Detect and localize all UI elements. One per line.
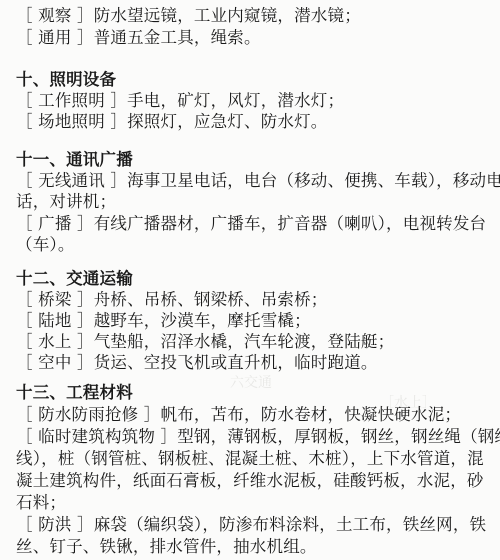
- item-text: 舟桥、吊桥、钢梁桥、吊索桥；: [94, 290, 328, 309]
- item-text: 有线广播器材，广播车，扩音器（喇叭），电视转发台: [94, 214, 487, 233]
- list-item-general: ［ 通用 ］普通五金工具，绳索。: [16, 28, 261, 48]
- list-item-waterproofing: ［ 防水防雨抢修 ］帆布，苫布，防水卷材，快凝快硬水泥；: [16, 405, 461, 425]
- list-item-site-lighting: ［ 场地照明 ］探照灯，应急灯、防水灯。: [16, 112, 328, 132]
- item-text: 线），桩（钢管桩、钢板桩、混凝土桩、木桩），上下水管道，混: [16, 449, 484, 468]
- category-tag: ［ 临时建筑构筑物 ］: [16, 427, 177, 446]
- list-item-observation: ［ 观察 ］防水望远镜，工业内窥镜，潜水镜；: [16, 6, 361, 26]
- item-text: 防水望远镜，工业内窥镜，潜水镜；: [94, 6, 361, 25]
- list-item-flood-control-cont: 丝、钉子、铁锹，排水管件，抽水机组。: [16, 537, 317, 557]
- item-text: 话，对讲机；: [16, 192, 116, 211]
- category-tag: ［ 水上 ］: [16, 332, 94, 351]
- category-tag: ［ 观察 ］: [16, 6, 94, 25]
- category-tag: ［ 无线通讯 ］: [16, 171, 127, 190]
- item-text: 气垫船，沼泽水橇，汽车轮渡，登陆艇；: [94, 332, 395, 351]
- category-tag: ［ 防水防雨抢修 ］: [16, 405, 161, 424]
- document-page: 六交通 ［水上］ ［ 观察 ］防水望远镜，工业内窥镜，潜水镜； ［ 通用 ］普通…: [0, 0, 500, 560]
- list-item-water: ［ 水上 ］气垫船，沼泽水橇，汽车轮渡，登陆艇；: [16, 332, 394, 352]
- item-text: 货运、空投飞机或直升机，临时跑道。: [94, 353, 378, 372]
- section-heading-communications: 十一、通讯广播: [16, 150, 133, 170]
- item-text: 手电，矿灯，风灯，潜水灯；: [127, 91, 344, 110]
- item-text: 丝、钉子、铁锹，排水管件，抽水机组。: [16, 537, 317, 556]
- item-text: 凝土建筑构件，纸面石膏板，纤维水泥板，硅酸钙板，水泥，砂: [16, 471, 484, 490]
- list-item-bridges: ［ 桥梁 ］舟桥、吊桥、钢梁桥、吊索桥；: [16, 290, 328, 310]
- item-text: 探照灯，应急灯、防水灯。: [127, 112, 327, 131]
- list-item-air: ［ 空中 ］货运、空投飞机或直升机，临时跑道。: [16, 353, 378, 373]
- item-text: 越野车，沙漠车，摩托雪橇；: [94, 311, 311, 330]
- list-item-wireless: ［ 无线通讯 ］海事卫星电话，电台（移动、便携、车载），移动电: [16, 171, 500, 191]
- category-tag: ［ 陆地 ］: [16, 311, 94, 330]
- list-item-temporary-structures-cont: 石料；: [16, 493, 66, 513]
- list-item-wireless-cont: 话，对讲机；: [16, 192, 116, 212]
- section-heading-lighting: 十、照明设备: [16, 70, 116, 90]
- item-text: 海事卫星电话，电台（移动、便携、车载），移动电: [127, 171, 500, 190]
- section-heading-materials: 十三、工程材料: [16, 383, 133, 403]
- category-tag: ［ 广播 ］: [16, 214, 94, 233]
- item-text: （车）。: [16, 235, 75, 254]
- list-item-broadcast: ［ 广播 ］有线广播器材，广播车，扩音器（喇叭），电视转发台: [16, 214, 486, 234]
- category-tag: ［ 空中 ］: [16, 353, 94, 372]
- section-heading-transport: 十二、交通运输: [16, 269, 133, 289]
- item-text: 普通五金工具，绳索。: [94, 28, 261, 47]
- list-item-temporary-structures-cont: 线），桩（钢管桩、钢板桩、混凝土桩、木桩），上下水管道，混: [16, 449, 484, 469]
- list-item-broadcast-cont: （车）。: [16, 235, 75, 255]
- item-text: 石料；: [16, 493, 66, 512]
- category-tag: ［ 工作照明 ］: [16, 91, 127, 110]
- item-text: 型钢，薄钢板，厚钢板，钢丝，钢丝绳（钢绞: [177, 427, 500, 446]
- list-item-temporary-structures: ［ 临时建筑构筑物 ］型钢，薄钢板，厚钢板，钢丝，钢丝绳（钢绞: [16, 427, 500, 447]
- list-item-land: ［ 陆地 ］越野车，沙漠车，摩托雪橇；: [16, 311, 311, 331]
- item-text: 帆布，苫布，防水卷材，快凝快硬水泥；: [161, 405, 462, 424]
- list-item-flood-control: ［ 防洪 ］麻袋（编织袋），防渗布料涂料，土工布，铁丝网，铁: [16, 515, 486, 535]
- category-tag: ［ 防洪 ］: [16, 515, 94, 534]
- item-text: 麻袋（编织袋），防渗布料涂料，土工布，铁丝网，铁: [94, 515, 487, 534]
- category-tag: ［ 通用 ］: [16, 28, 94, 47]
- list-item-work-lighting: ［ 工作照明 ］手电，矿灯，风灯，潜水灯；: [16, 91, 344, 111]
- list-item-temporary-structures-cont: 凝土建筑构件，纸面石膏板，纤维水泥板，硅酸钙板，水泥，砂: [16, 471, 484, 491]
- show-through-text: 六交通: [230, 372, 272, 392]
- category-tag: ［ 桥梁 ］: [16, 290, 94, 309]
- category-tag: ［ 场地照明 ］: [16, 112, 127, 131]
